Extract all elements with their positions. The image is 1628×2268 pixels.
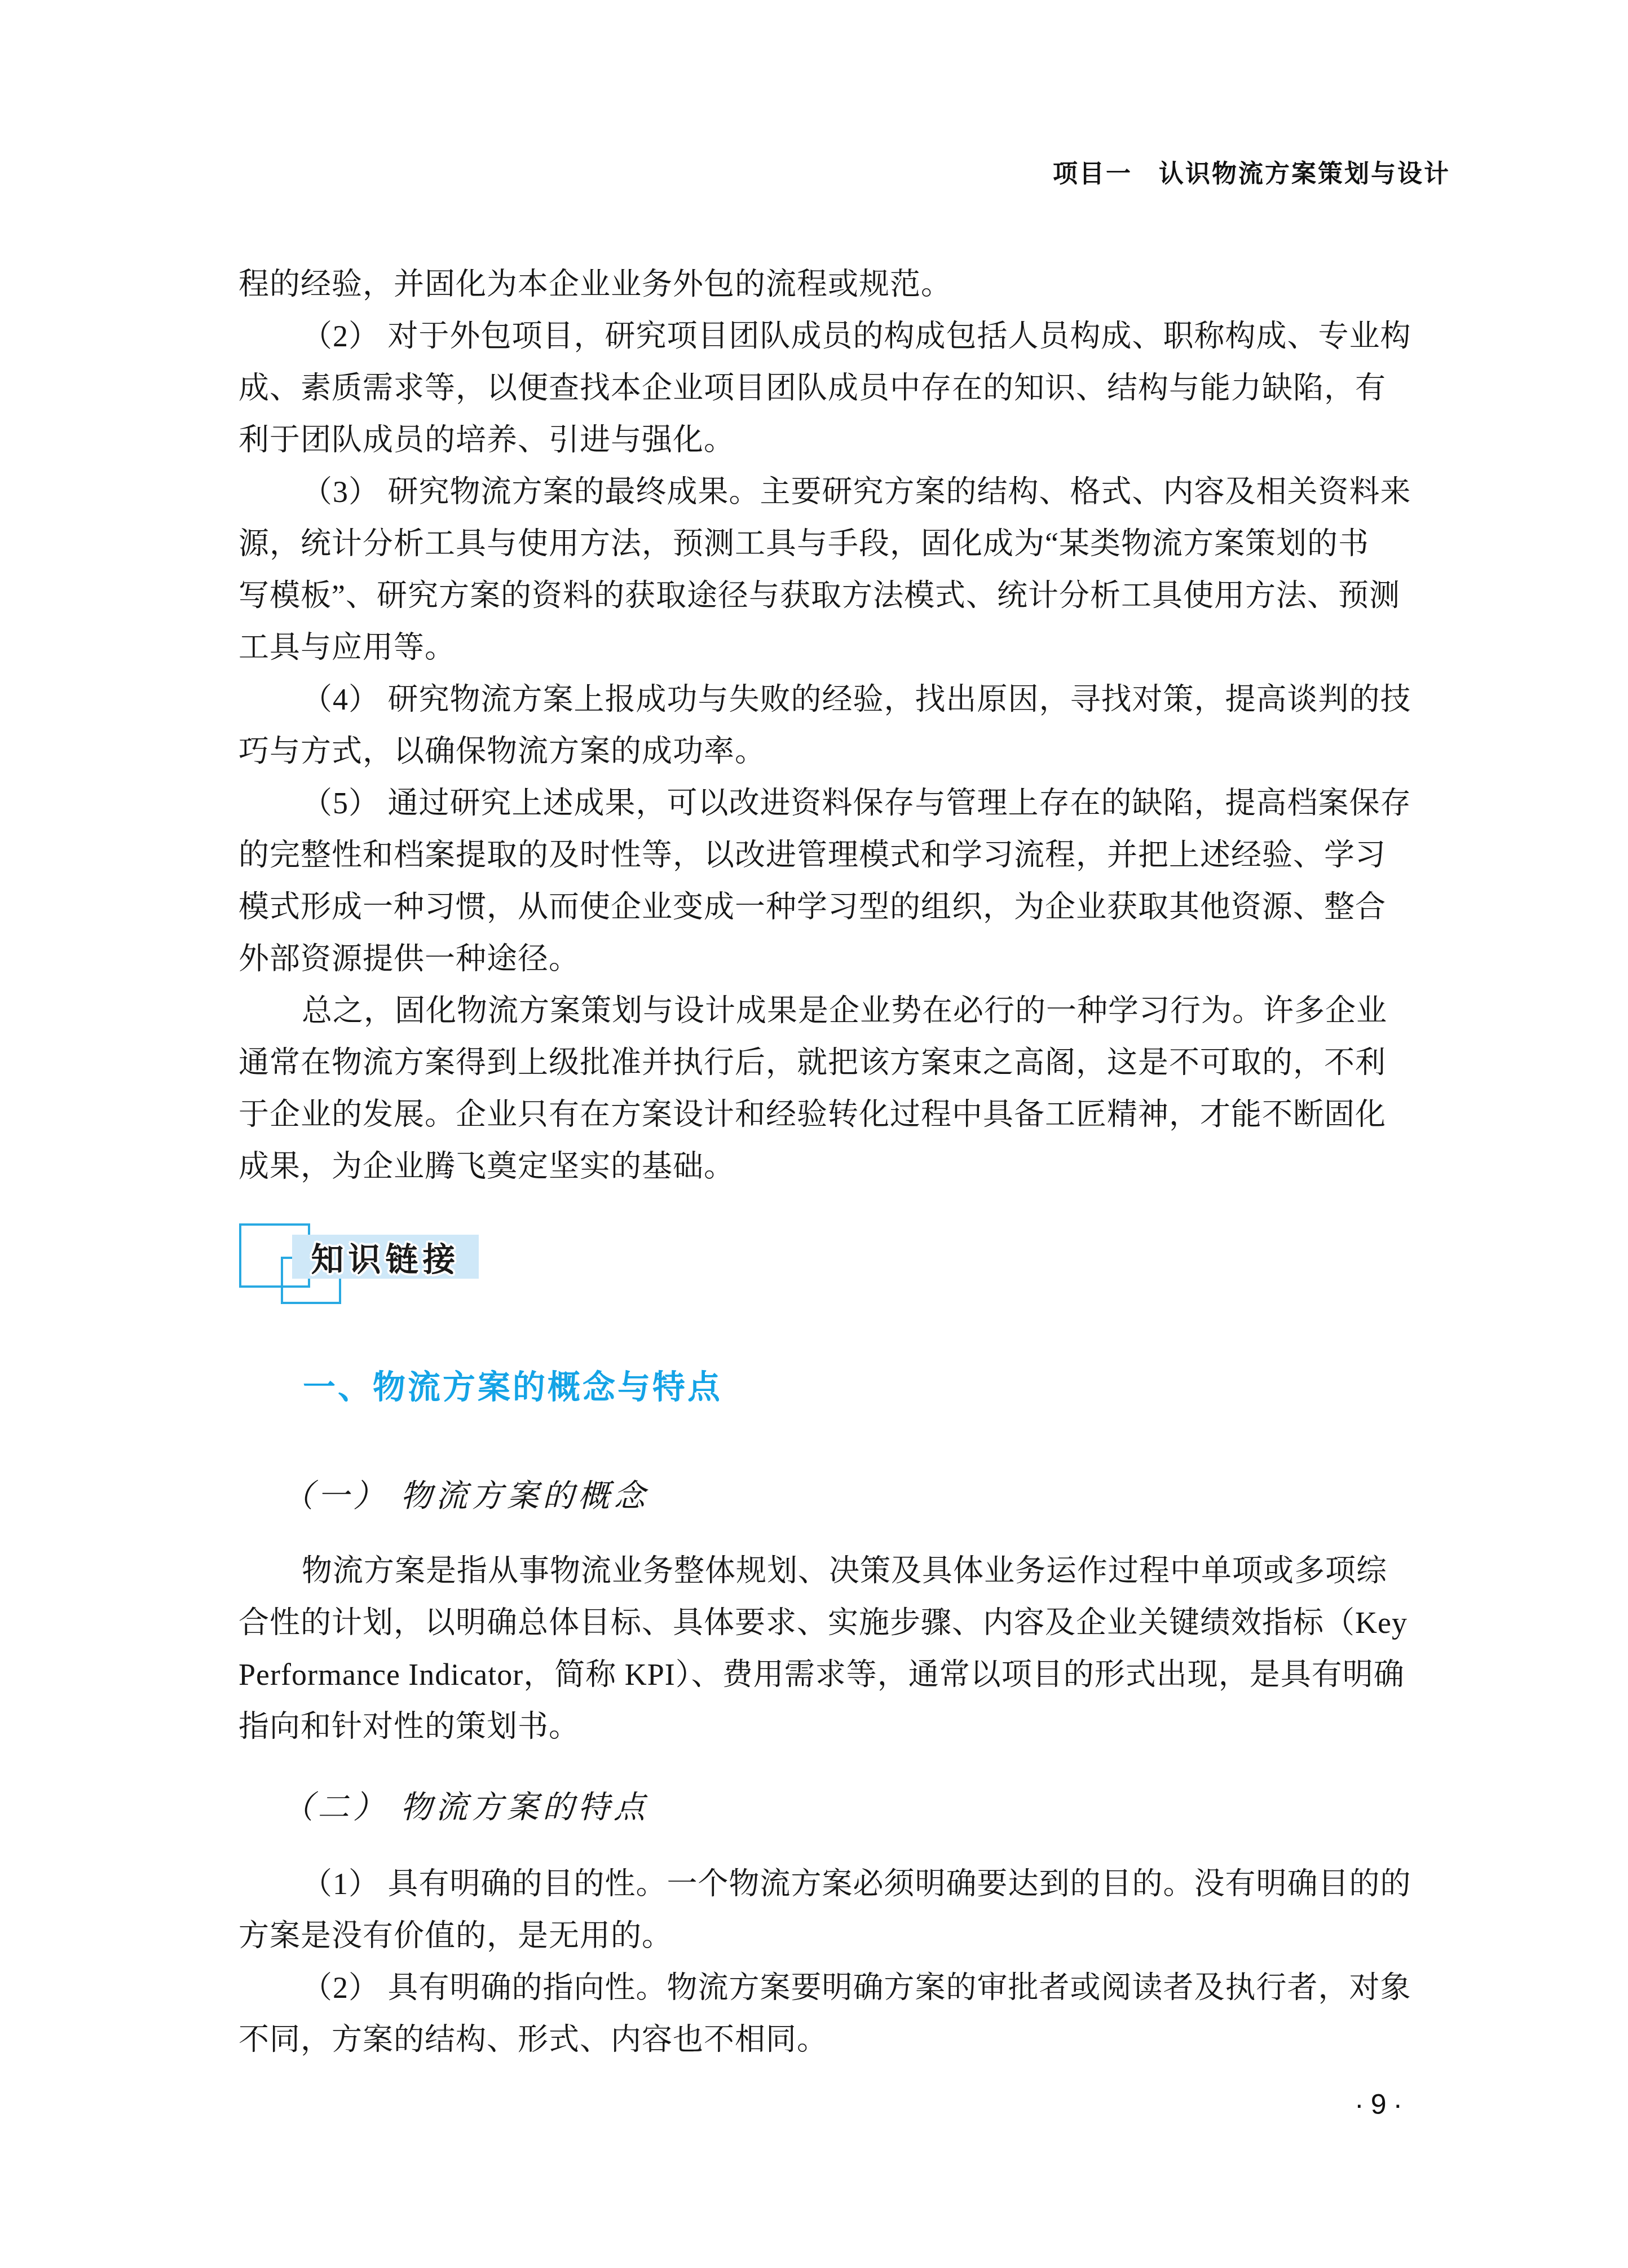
body-line: 于企业的发展。企业只有在方案设计和经验转化过程中具备工匠精神，才能不断固化 — [239, 1089, 1434, 1140]
body-line: 巧与方式，以确保物流方案的成功率。 — [239, 725, 1434, 777]
body-line: 模式形成一种习惯，从而使企业变成一种学习型的组织，为企业获取其他资源、整合 — [239, 881, 1434, 933]
concept-paragraph: 物流方案是指从事物流业务整体规划、决策及具体业务运作过程中单项或多项综合性的计划… — [239, 1545, 1434, 1752]
body-line: 总之，固化物流方案策划与设计成果是企业势在必行的一种学习行为。许多企业 — [239, 985, 1434, 1037]
body-line: 合性的计划，以明确总体目标、具体要求、实施步骤、内容及企业关键绩效指标（Key — [239, 1597, 1434, 1649]
body-line: （2） 对于外包项目，研究项目团队成员的构成包括人员构成、职称构成、专业构 — [239, 310, 1434, 362]
body-line: 写模板”、研究方案的资料的获取途径与获取方法模式、统计分析工具使用方法、预测 — [239, 570, 1434, 622]
body-line: 成、素质需求等，以便查找本企业项目团队成员中存在的知识、结构与能力缺陷，有 — [239, 362, 1434, 414]
body-line: （5） 通过研究上述成果，可以改进资料保存与管理上存在的缺陷，提高档案保存 — [239, 777, 1434, 829]
body-line: 指向和针对性的策划书。 — [239, 1701, 1434, 1752]
knowledge-link-band: 知识链接 — [292, 1235, 479, 1279]
body-text: 程的经验，并固化为本企业业务外包的流程或规范。（2） 对于外包项目，研究项目团队… — [239, 258, 1434, 1192]
subsection-heading-concept: （一） 物流方案的概念 — [282, 1471, 649, 1516]
body-line: 通常在物流方案得到上级批准并执行后，就把该方案束之高阁，这是不可取的，不利 — [239, 1037, 1434, 1089]
subsection-heading-features: （二） 物流方案的特点 — [282, 1782, 649, 1827]
body-line: （4） 研究物流方案上报成功与失败的经验，找出原因，寻找对策，提高谈判的技 — [239, 673, 1434, 725]
body-line: （1） 具有明确的目的性。一个物流方案必须明确要达到的目的。没有明确目的的 — [239, 1858, 1434, 1910]
page-number: ·9· — [1355, 2088, 1409, 2121]
body-line: 程的经验，并固化为本企业业务外包的流程或规范。 — [239, 258, 1434, 310]
body-line: 利于团队成员的培养、引进与强化。 — [239, 414, 1434, 466]
body-line: 成果，为企业腾飞奠定坚实的基础。 — [239, 1140, 1434, 1192]
features-paragraph: （1） 具有明确的目的性。一个物流方案必须明确要达到的目的。没有明确目的的方案是… — [239, 1858, 1434, 2066]
knowledge-link-label: 知识链接 — [311, 1233, 460, 1280]
body-line: 工具与应用等。 — [239, 622, 1434, 673]
body-line: （3） 研究物流方案的最终成果。主要研究方案的结构、格式、内容及相关资料来 — [239, 466, 1434, 518]
body-line: 外部资源提供一种途径。 — [239, 933, 1434, 985]
body-line: 源，统计分析工具与使用方法，预测工具与手段，固化成为“某类物流方案策划的书 — [239, 518, 1434, 570]
section-heading: 一、物流方案的概念与特点 — [303, 1360, 722, 1408]
document-page: 项目一 认识物流方案策划与设计 程的经验，并固化为本企业业务外包的流程或规范。（… — [0, 0, 1628, 2268]
body-line: 不同，方案的结构、形式、内容也不相同。 — [239, 2014, 1434, 2066]
body-line: 方案是没有价值的，是无用的。 — [239, 1910, 1434, 1962]
body-line: （2） 具有明确的指向性。物流方案要明确方案的审批者或阅读者及执行者，对象 — [239, 1962, 1434, 2014]
body-line: 的完整性和档案提取的及时性等，以改进管理模式和学习流程，并把上述经验、学习 — [239, 829, 1434, 881]
body-line: Performance Indicator，简称 KPI）、费用需求等，通常以项… — [239, 1649, 1434, 1701]
body-line: 物流方案是指从事物流业务整体规划、决策及具体业务运作过程中单项或多项综 — [239, 1545, 1434, 1597]
running-header: 项目一 认识物流方案策划与设计 — [1053, 153, 1450, 190]
